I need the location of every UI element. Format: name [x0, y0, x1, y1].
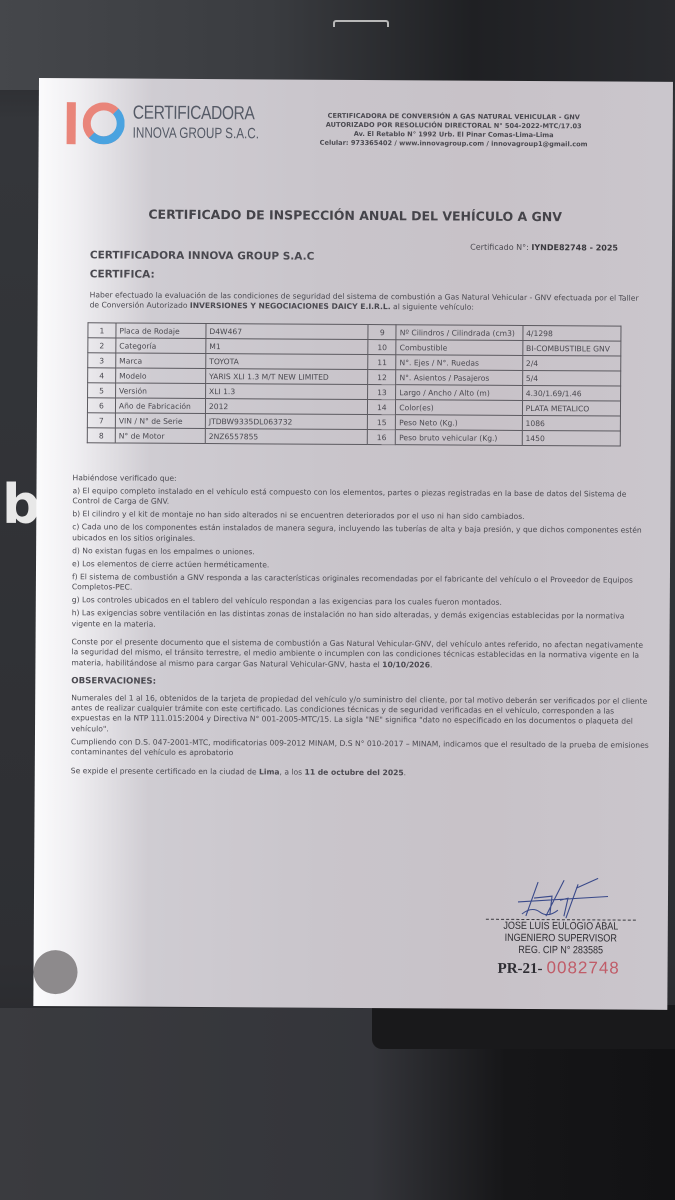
intro-text-end: al siguiente vehículo: — [391, 302, 474, 312]
certificate-body: Habiéndose verificado que: a) El equipo … — [71, 473, 653, 782]
verification-item: a) El equipo completo instalado en el ve… — [72, 486, 652, 510]
signer-role: INGENIERO SUPERVISOR — [496, 932, 625, 945]
field-label: Combustible — [396, 340, 522, 356]
row-number: 9 — [368, 325, 396, 340]
row-number: 12 — [368, 370, 396, 385]
field-value: 1450 — [522, 430, 620, 446]
verification-intro: Habiéndose verificado que: — [73, 473, 653, 487]
logo-text-line2: INNOVA GROUP S.A.C. — [133, 125, 259, 143]
field-label: Año de Fabricación — [115, 398, 205, 414]
field-value: M1 — [206, 339, 369, 355]
field-label: Modelo — [116, 368, 206, 384]
issued-city: Lima — [259, 767, 280, 776]
field-label: Categoría — [116, 338, 206, 354]
verification-item: b) El cilindro y el kit de montaje no ha… — [72, 510, 652, 524]
field-label: Marca — [116, 353, 206, 369]
signer-info: JOSE LUIS EULOGIO ABAL INGENIERO SUPERVI… — [496, 920, 625, 957]
row-number: 13 — [368, 385, 396, 400]
background-top — [0, 0, 675, 90]
certificate-page: CERTIFICADORA INNOVA GROUP S.A.C. CERTIF… — [33, 78, 673, 1010]
document-title: CERTIFICADO DE INSPECCIÓN ANUAL DEL VEHÍ… — [38, 206, 672, 225]
field-label: N° de Motor — [115, 428, 205, 444]
field-value: BI-COMBUSTIBLE GNV — [522, 340, 620, 356]
table-row: 8N° de Motor2NZ655785516Peso bruto vehic… — [87, 428, 620, 446]
background-object — [372, 1005, 675, 1049]
field-label: N°. Asientos / Pasajeros — [396, 370, 522, 386]
field-label: VIN / N° de Serie — [115, 413, 205, 429]
field-value: YARIS XLI 1.3 M/T NEW LIMITED — [206, 369, 369, 385]
row-number: 4 — [88, 368, 116, 383]
verification-item: f) El sistema de combustión a GNV respon… — [72, 572, 652, 596]
row-number: 5 — [88, 383, 116, 398]
observaciones-heading: OBSERVACIONES: — [71, 676, 651, 690]
field-value: D4W467 — [206, 324, 369, 340]
workshop-name: INVERSIONES Y NEGOCIACIONES DAICY E.I.R.… — [190, 301, 391, 311]
row-number: 2 — [88, 338, 116, 353]
verification-item: d) No existan fugas en los empalmes o un… — [72, 546, 652, 560]
certificate-number-label: Certificado N°: — [470, 243, 529, 252]
conste-end: . — [430, 660, 432, 669]
vehicle-data-table: 1Placa de RodajeD4W4679Nº Cilindros / Ci… — [87, 322, 622, 446]
valid-until-date: 10/10/2026 — [382, 660, 430, 669]
row-number: 8 — [87, 428, 115, 443]
background-letter: b — [2, 478, 41, 532]
verification-item: e) Los elementos de cierre actúen hermét… — [72, 559, 652, 573]
row-number: 6 — [87, 398, 115, 413]
issued-date: 11 de octubre del 2025 — [305, 767, 404, 777]
field-value: TOYOTA — [206, 354, 369, 370]
field-value: 4/1298 — [523, 325, 621, 341]
header-line: Celular: 973365402 / www.innovagroup.com… — [289, 139, 619, 150]
intro-paragraph: Haber efectuado la evaluación de las con… — [90, 290, 650, 313]
company-logo: CERTIFICADORA INNOVA GROUP S.A.C. — [63, 98, 233, 155]
signer-name: JOSE LUIS EULOGIO ABAL — [496, 920, 625, 933]
field-label: Versión — [115, 383, 205, 399]
row-number: 10 — [368, 340, 396, 355]
conste-paragraph: Conste por el presente documento que el … — [71, 637, 651, 672]
field-label: Placa de Rodaje — [116, 323, 206, 339]
row-number: 16 — [368, 430, 396, 445]
signature-block: JOSE LUIS EULOGIO ABAL INGENIERO SUPERVI… — [486, 876, 636, 877]
issued-paragraph: Se expide el presente certificado en la … — [71, 766, 651, 780]
serial-prefix: PR-21- — [498, 961, 543, 977]
certificate-number-value: IYNDE82748 - 2025 — [531, 243, 618, 253]
observaciones-paragraph-2: Cumpliendo con D.S. 047-2001-MTC, modifi… — [71, 737, 651, 761]
field-label: Peso Neto (Kg.) — [396, 415, 522, 431]
field-value: 5/4 — [522, 370, 620, 386]
field-value: PLATA METALICO — [522, 400, 620, 416]
verification-item: c) Cada uno de los componentes están ins… — [72, 523, 652, 547]
field-value: 2/4 — [522, 355, 620, 371]
field-label: Nº Cilindros / Cilindrada (cm3) — [396, 325, 522, 341]
conste-text: Conste por el presente documento que el … — [71, 637, 643, 669]
field-label: N°. Ejes / N°. Ruedas — [396, 355, 522, 371]
field-value: JTDBW9335DL063732 — [205, 414, 368, 430]
field-value: 4.30/1.69/1.46 — [522, 385, 620, 401]
serial-number: 0082748 — [547, 958, 620, 977]
field-value: 2012 — [205, 399, 368, 415]
field-value: 2NZ6557855 — [205, 429, 368, 445]
background-slot — [333, 20, 389, 27]
issued-text: Se expide el presente certificado en la … — [71, 766, 259, 776]
row-number: 15 — [368, 415, 396, 430]
logo-text-line1: CERTIFICADORA — [133, 103, 255, 126]
signature-scribble-icon — [498, 876, 628, 923]
issued-text-end: . — [404, 768, 406, 777]
field-value: 1086 — [522, 415, 620, 431]
certificate-number: Certificado N°: IYNDE82748 - 2025 — [470, 243, 618, 253]
certifica-heading: CERTIFICA: — [90, 268, 155, 280]
signer-reg: REG. CIP N° 283585 — [496, 944, 625, 957]
row-number: 1 — [88, 323, 116, 338]
issued-text-mid: , a los — [279, 767, 304, 776]
header-info: CERTIFICADORA DE CONVERSIÓN A GAS NATURA… — [289, 112, 619, 150]
field-label: Largo / Ancho / Alto (m) — [396, 385, 522, 401]
field-value: XLI 1.3 — [205, 384, 368, 400]
serial-code: PR-21-0082748 — [498, 958, 620, 979]
punch-hole — [33, 950, 77, 994]
field-label: Color(es) — [396, 400, 522, 416]
logo-g-mark-blue — [83, 102, 125, 144]
row-number: 7 — [87, 413, 115, 428]
field-label: Peso bruto vehicular (Kg.) — [396, 430, 522, 446]
logo-i-mark — [67, 102, 76, 144]
verification-item: g) Los controles ubicados en el tablero … — [72, 595, 652, 609]
row-number: 3 — [88, 353, 116, 368]
verification-item: h) Las exigencias sobre ventilación en l… — [72, 608, 652, 632]
company-name: CERTIFICADORA INNOVA GROUP S.A.C — [90, 249, 314, 262]
observaciones-paragraph-1: Numerales del 1 al 16, obtenidos de la t… — [71, 693, 651, 738]
row-number: 11 — [368, 355, 396, 370]
row-number: 14 — [368, 400, 396, 415]
